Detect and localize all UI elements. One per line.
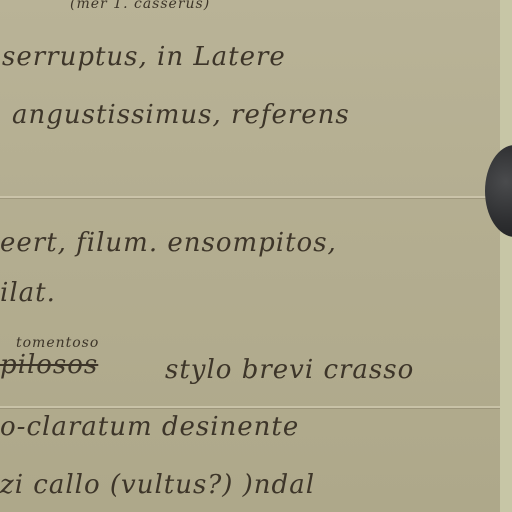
text-line: serruptus, in Latere [2, 42, 286, 72]
text-line: eert, filum. ensompitos, [0, 228, 337, 258]
text-line: angustissimus, referens [12, 100, 350, 130]
backing-board [500, 0, 512, 512]
paper-fold-line [0, 406, 500, 408]
manuscript-paper: (mer 1. casserus) serruptus, in Latere a… [0, 0, 500, 512]
text-line: zi callo (vultus?) )ndal [0, 470, 315, 500]
text-line: ilat. [0, 278, 56, 308]
insertion-line: tomentoso [16, 335, 99, 351]
text-line: stylo brevi crasso [165, 355, 414, 385]
paper-fold-line [0, 196, 500, 198]
struck-word: pilosos [0, 350, 98, 380]
insertion-line: (mer 1. casserus) [70, 0, 210, 12]
text-line: o-claratum desinente [0, 412, 299, 442]
